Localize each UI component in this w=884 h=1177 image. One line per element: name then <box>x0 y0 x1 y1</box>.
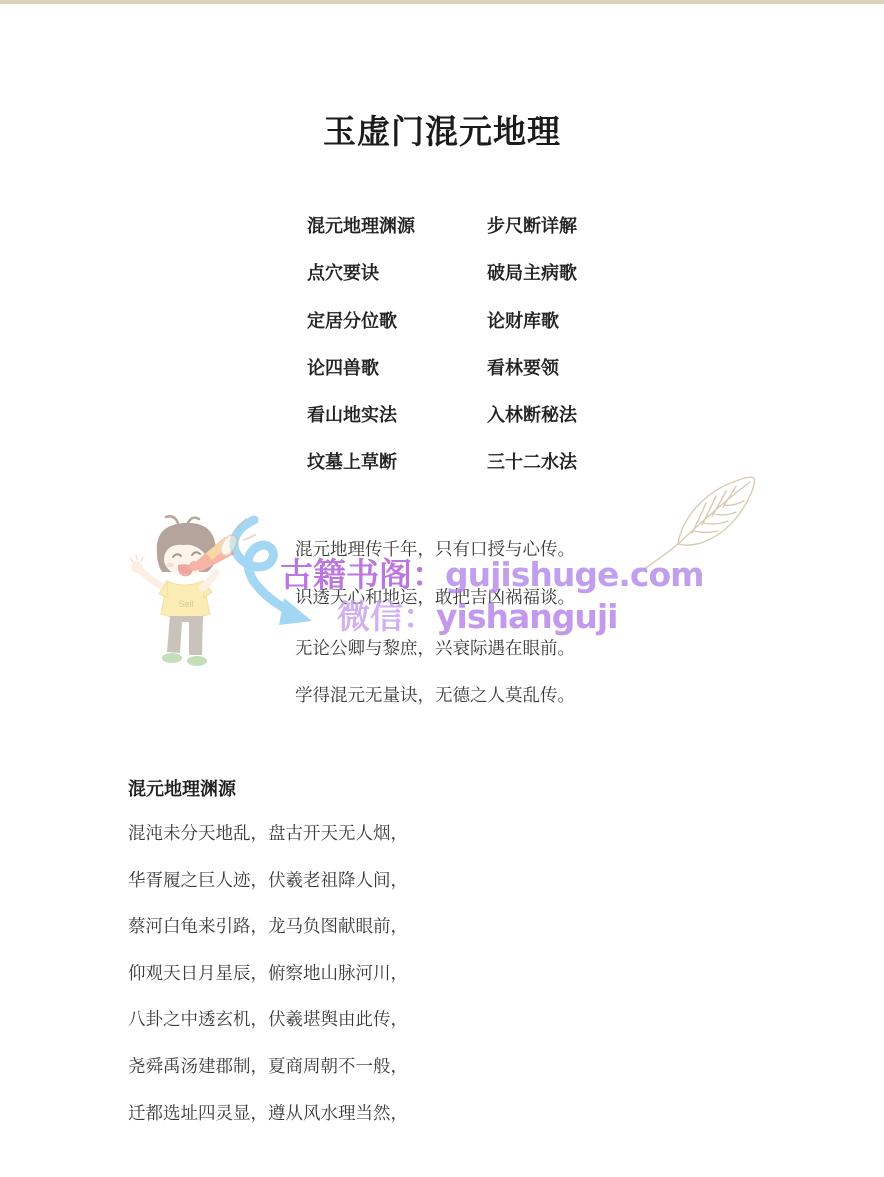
toc-item: 三十二水法 <box>487 450 577 474</box>
poem-line: 识透天心和地运，敢把吉凶祸福谈。 <box>295 586 575 609</box>
verse-line: 迁都选址四灵显，遵从风水理当然， <box>128 1102 408 1125</box>
verse-line: 八卦之中透玄机，伏羲堪舆由此传， <box>128 1008 408 1031</box>
toc-item: 入林断秘法 <box>487 403 577 427</box>
toc-item: 混元地理渊源 <box>307 214 415 238</box>
poem-line: 无论公卿与黎庶，兴衰际遇在眼前。 <box>295 637 575 660</box>
toc-item: 定居分位歌 <box>307 309 397 333</box>
poem-line: 学得混元无量诀，无德之人莫乱传。 <box>295 684 575 707</box>
page-title: 玉虚门混元地理 <box>0 106 884 153</box>
toc-item: 破局主病歌 <box>487 261 577 285</box>
toc-row: 坟墓上草断 三十二水法 <box>0 450 884 474</box>
toc-item: 看山地实法 <box>307 403 397 427</box>
document-page: { "page": { "title": "玉虚门混元地理" }, "toc":… <box>0 0 884 1177</box>
verse-line: 混沌未分天地乱，盘古开天无人烟， <box>128 822 408 845</box>
toc-row: 点穴要诀 破局主病歌 <box>0 261 884 285</box>
toc-row: 定居分位歌 论财库歌 <box>0 309 884 333</box>
verse-line: 蔡河白龟来引路，龙马负图献眼前， <box>128 915 408 938</box>
section-heading: 混元地理渊源 <box>128 775 236 801</box>
toc-item: 论四兽歌 <box>307 356 379 380</box>
poem-line: 混元地理传千年，只有口授与心传。 <box>295 538 575 561</box>
toc-item: 坟墓上草断 <box>307 450 397 474</box>
toc-item: 论财库歌 <box>487 309 559 333</box>
verse-line: 仰观天日月星辰，俯察地山脉河川， <box>128 962 408 985</box>
arrow-swoosh-icon <box>234 520 312 625</box>
leaf-icon <box>636 475 776 577</box>
toc-item: 步尺断详解 <box>487 214 577 238</box>
toc-row: 论四兽歌 看林要领 <box>0 356 884 380</box>
toc-item: 点穴要诀 <box>307 261 379 285</box>
verse-line: 尧舜禹汤建郡制，夏商周朝不一般， <box>128 1055 408 1078</box>
verse-line: 华胥履之巨人迹，伏羲老祖降人间， <box>128 869 408 892</box>
toc-row: 混元地理渊源 步尺断详解 <box>0 214 884 238</box>
page-top-border <box>0 0 884 4</box>
toc-row: 看山地实法 入林断秘法 <box>0 403 884 427</box>
mascot-shirt-text: Sell <box>178 599 193 609</box>
mascot-girl-figure: Sell <box>130 516 255 666</box>
toc-item: 看林要领 <box>487 356 559 380</box>
